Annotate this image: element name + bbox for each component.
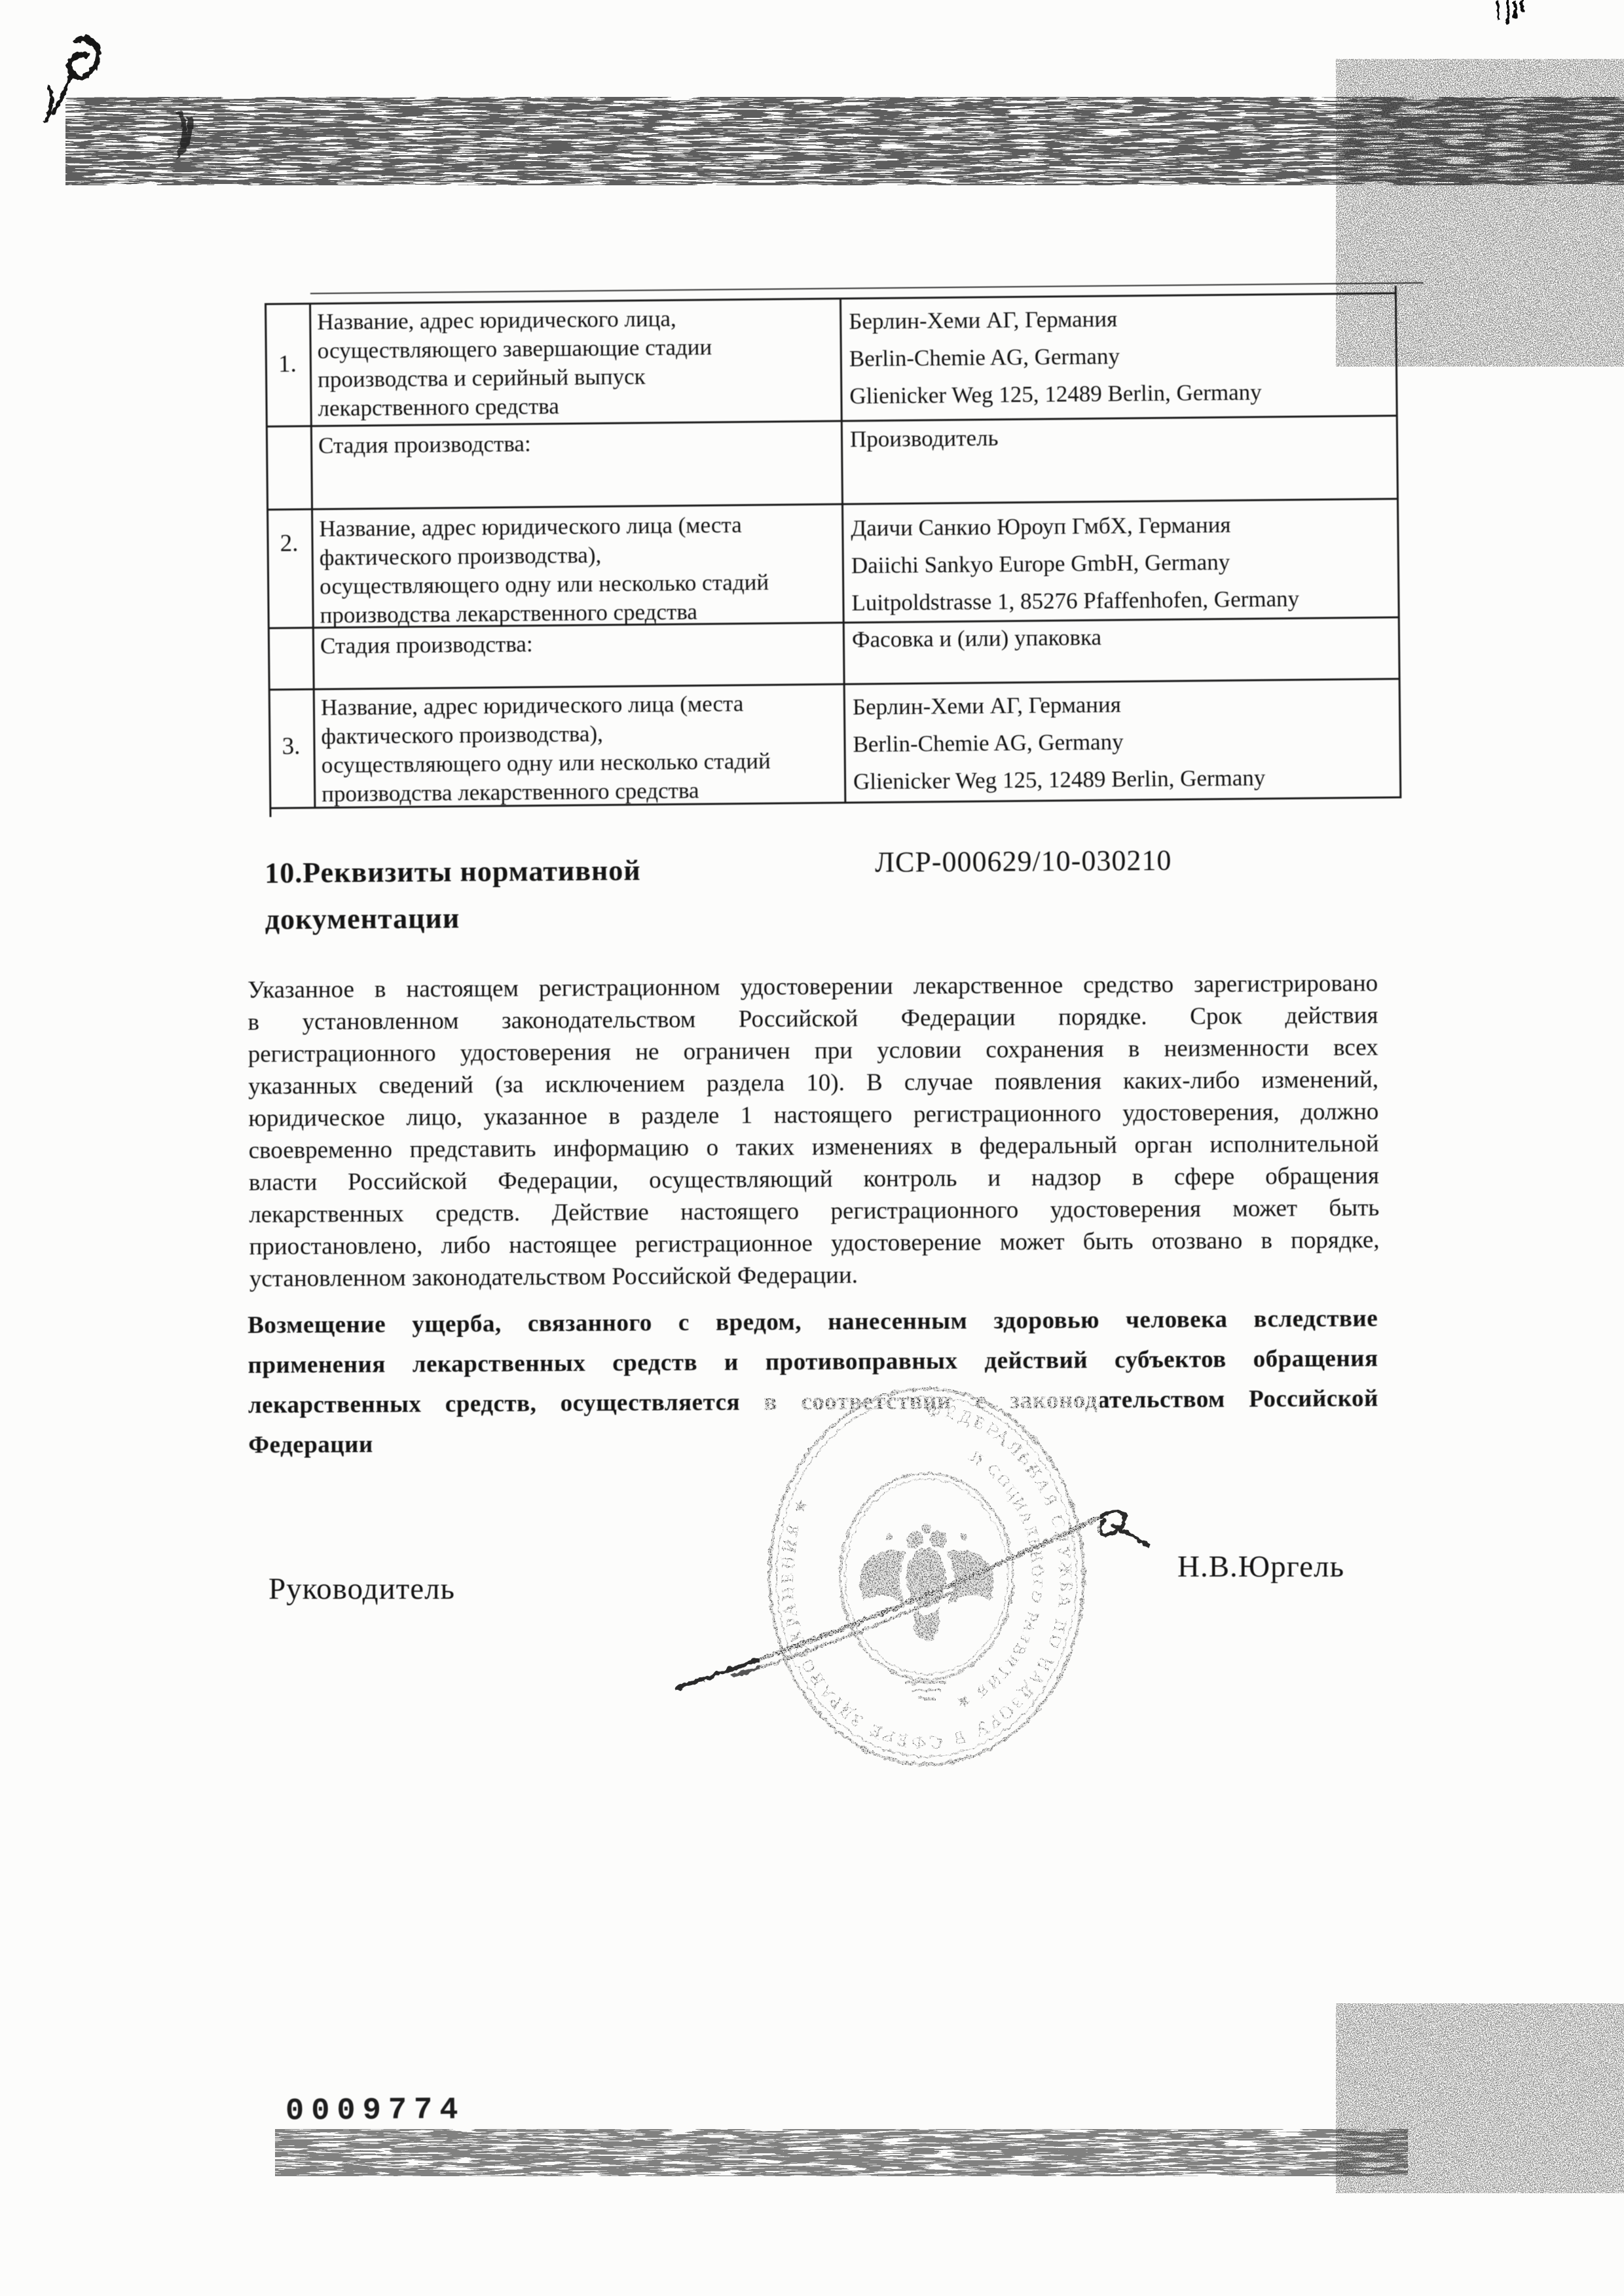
legal-paragraph-validity: Указанное в настоящем регистрационном уд… [248, 967, 1380, 1295]
manufacturer-value-cell: Даичи Санкио Юроуп ГмбХ, Германия Daiich… [851, 504, 1395, 621]
text-line: фактического производства), [320, 539, 837, 573]
manufacturer-value-cell: Берлин-Хеми АГ, Германия Berlin-Chemie A… [853, 683, 1397, 800]
text-line: Название, адрес юридического лица (места [321, 689, 838, 723]
text-line: осуществляющего одну или несколько стади… [322, 746, 839, 780]
text-line: Название, адрес юридического лица (места [319, 510, 836, 544]
row-number: 2. [268, 529, 310, 558]
text-line: производства лекарственного средства [322, 775, 839, 809]
stamp-erosion-noise [760, 1381, 1100, 1774]
text-line: Daiichi Sankyo Europe GmbH, Germany [851, 541, 1395, 584]
manufacturer-value-cell: Берлин-Хеми АГ, Германия Berlin-Chemie A… [849, 297, 1393, 414]
blank-serial-number: 0009774 [286, 2093, 466, 2129]
text-line: Berlin-Chemie AG, Germany [853, 720, 1397, 763]
stage-value-cell: Производитель [850, 420, 1393, 454]
registration-number: ЛСР-000629/10-030210 [875, 843, 1172, 879]
text-line: установленном законодательством Российск… [249, 1256, 1380, 1295]
handwritten-mark [20, 13, 144, 137]
text-line: осуществляющего одну или несколько стади… [320, 568, 837, 602]
stage-value-cell: Фасовка и (или) упаковка [852, 620, 1395, 654]
section-title-line: 10.Реквизиты нормативной [265, 842, 1397, 896]
ink-blotch [178, 111, 191, 152]
manufacturer-label-cell: Название, адрес юридического лица (места… [321, 689, 840, 809]
text-line: Берлин-Хеми АГ, Германия [849, 297, 1393, 340]
official-round-stamp: ФЕДЕРАЛЬНАЯ СЛУЖБА ПО НАДЗОРУ В СФЕРЕ ЗД… [655, 1375, 1192, 1781]
text-line: Даичи Санкио Юроуп ГмбХ, Германия [851, 504, 1395, 547]
signer-role-label: Руководитель [268, 1571, 455, 1607]
text-line: Возмещение ущерба, связанного с вредом, … [248, 1298, 1378, 1345]
text-line: фактического производства), [321, 718, 838, 752]
text-line: Luitpoldstrasse 1, 85276 Pfaffenhofen, G… [851, 579, 1395, 621]
text-line: Название, адрес юридического лица, [317, 303, 834, 337]
text-line: осуществляющего завершающие стадии [317, 332, 834, 366]
section-title-line: документации [265, 888, 1397, 943]
row-number: 1. [267, 350, 308, 379]
section-10-requisites: 10.Реквизиты нормативной документации ЛС… [265, 842, 1398, 943]
manufacturer-label-cell: Название, адрес юридического лица (места… [319, 510, 838, 630]
text-line: лекарственного средства [318, 390, 835, 424]
text-line: Берлин-Хеми АГ, Германия [853, 683, 1397, 725]
text-line: производства лекарственного средства [320, 596, 837, 630]
stage-label-cell: Стадия производства: [320, 627, 838, 661]
scan-double-border-line [310, 282, 1424, 294]
manufacturer-label-cell: Название, адрес юридического лица, осуще… [317, 303, 836, 424]
manufacturing-table: 1. Название, адрес юридического лица, ос… [265, 292, 1401, 807]
text-line: производства и серийный выпуск [318, 361, 835, 395]
text-line: Glienicker Weg 125, 12489 Berlin, German… [853, 757, 1397, 800]
stage-label-cell: Стадия производства: [318, 427, 836, 461]
text-line: Glienicker Weg 125, 12489 Berlin, German… [849, 372, 1393, 414]
edge-mark-icon [1486, 0, 1545, 33]
scanned-registration-certificate-page: 1. Название, адрес юридического лица, ос… [0, 0, 1624, 2296]
signer-name: Н.В.Юргель [1177, 1549, 1344, 1584]
table-border [840, 298, 846, 804]
row-number: 3. [270, 732, 312, 761]
text-line: Berlin-Chemie AG, Germany [849, 335, 1393, 377]
